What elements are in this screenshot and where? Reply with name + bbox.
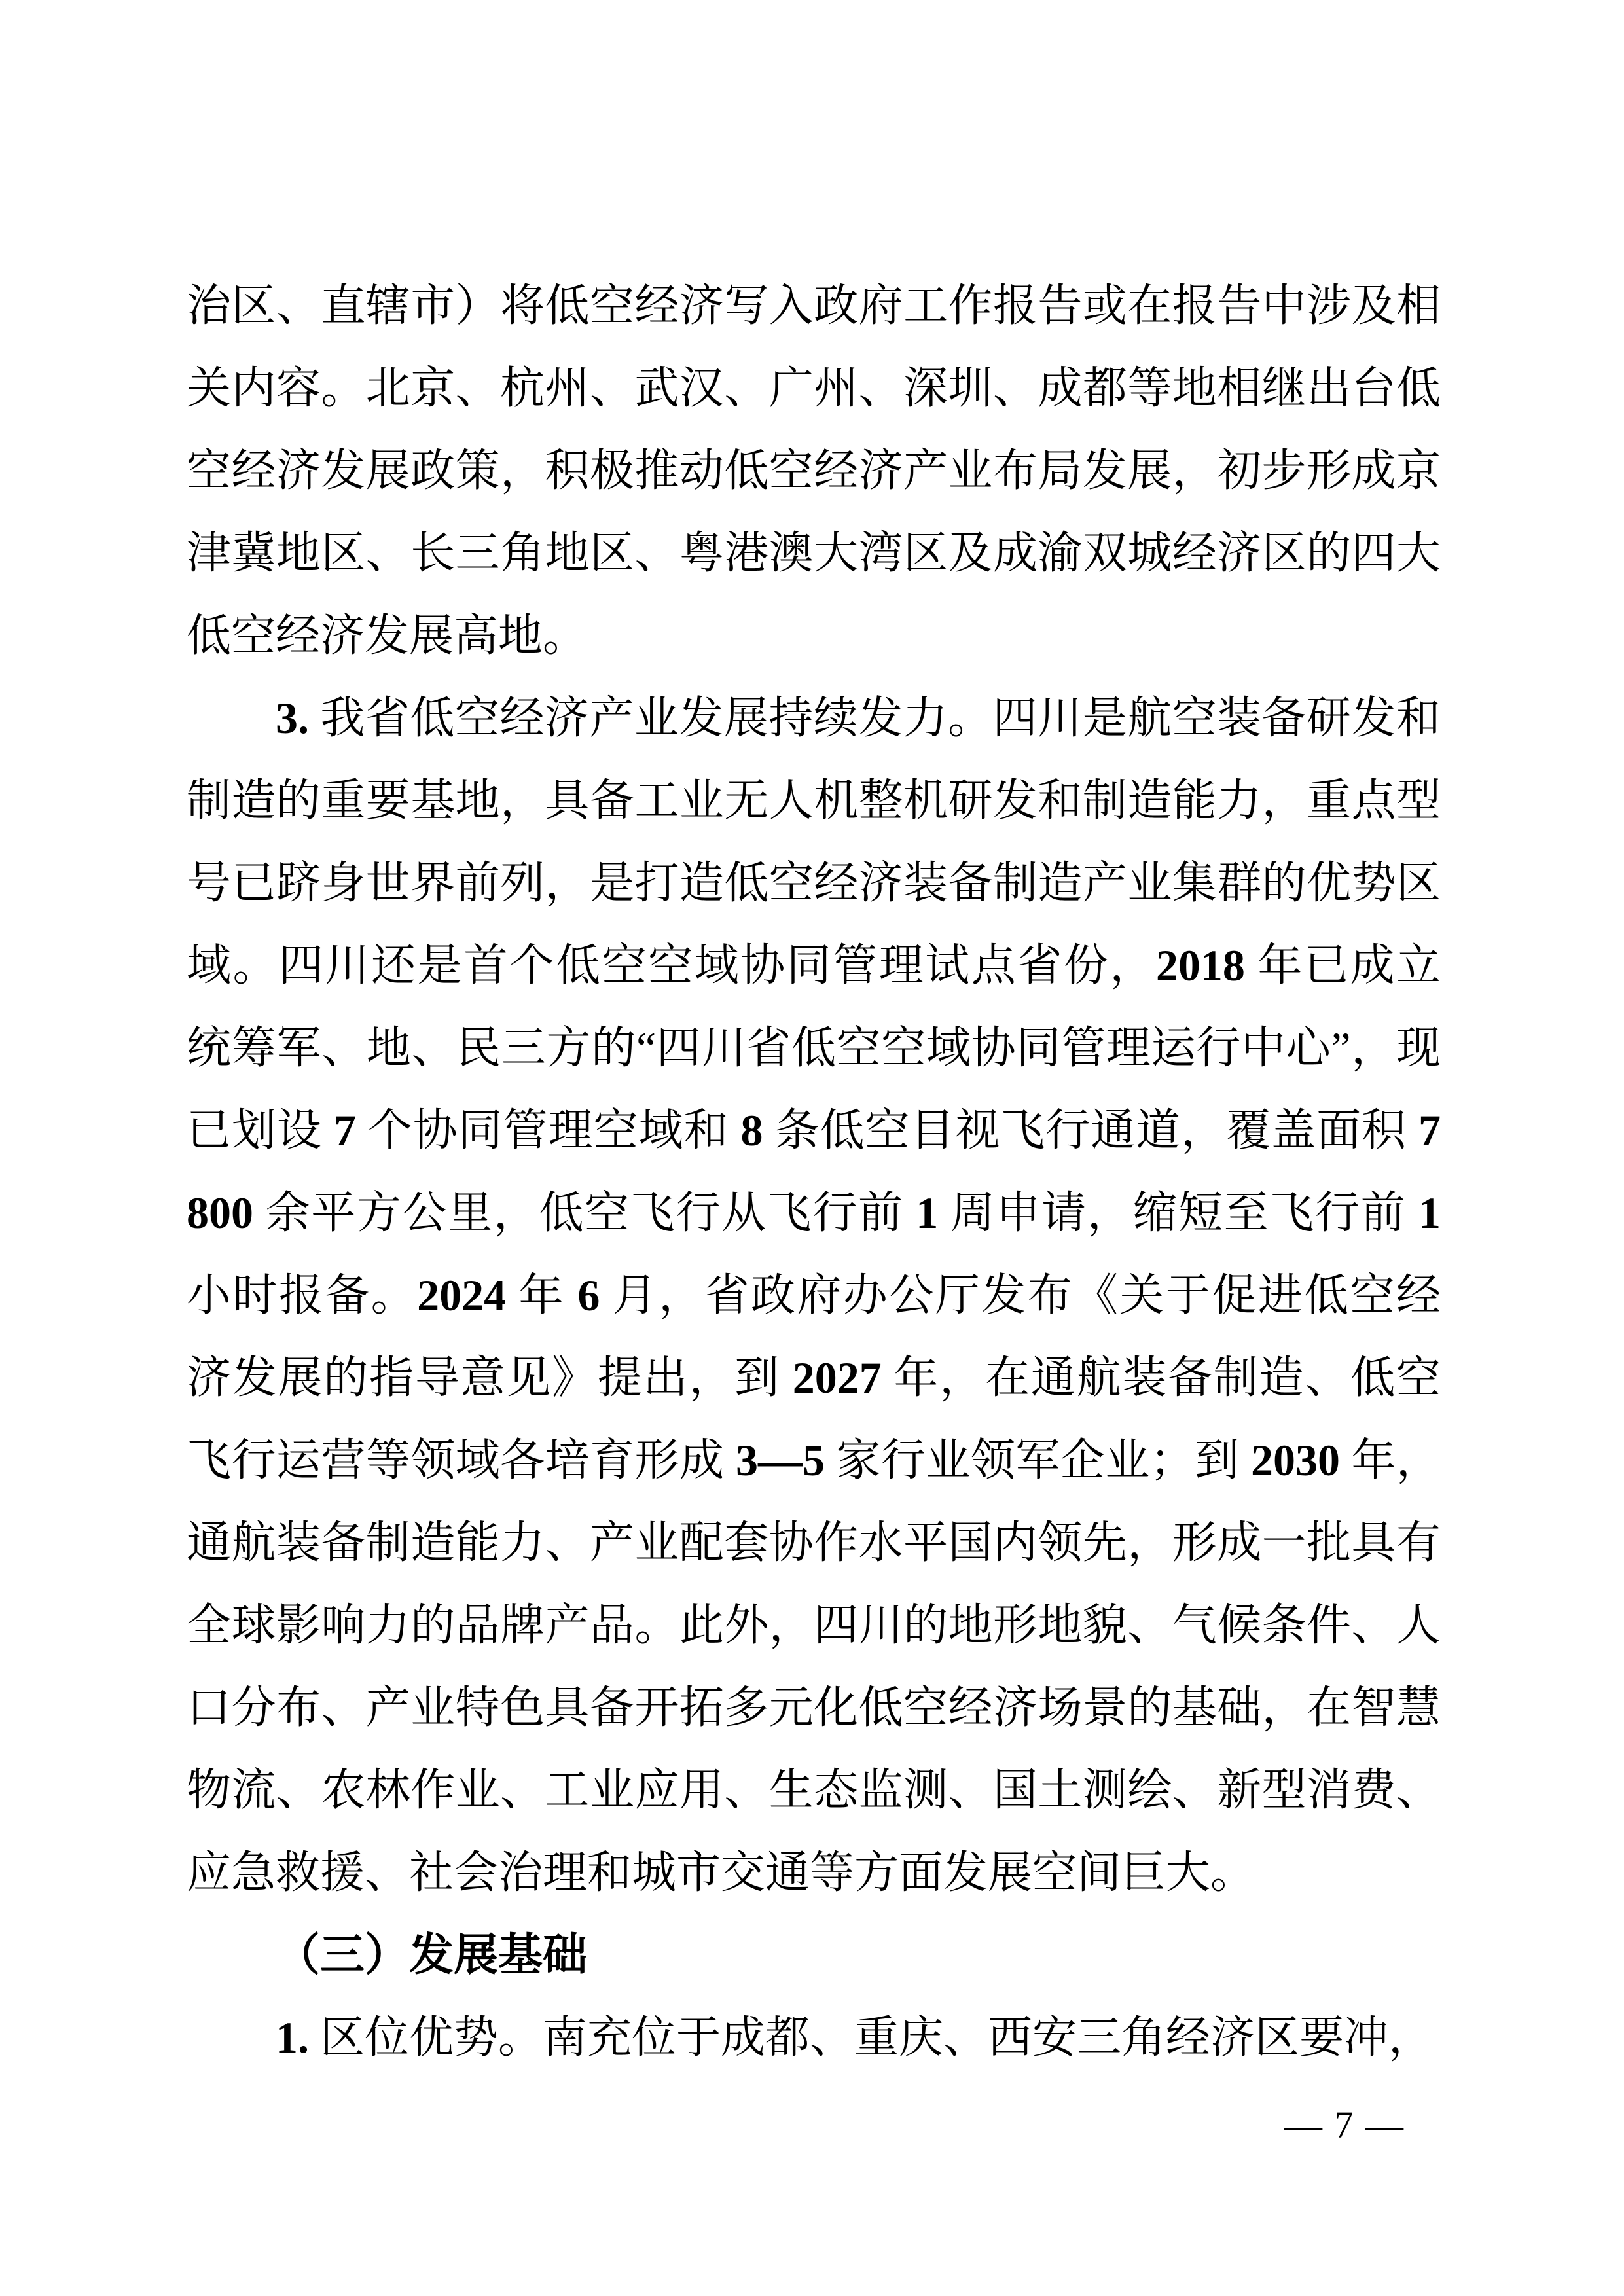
paragraph-item-3: 3. 我省低空经济产业发展持续发力。四川是航空装备研发和制造的重要基地，具备工业… [187, 677, 1441, 1914]
paragraph-item-1: 1. 区位优势。南充位于成都、重庆、西安三角经济区要冲， [187, 1996, 1441, 2079]
bold-number: 2024 [417, 1270, 506, 1320]
text-run: 小时报备。 [187, 1270, 417, 1320]
bold-number: 7 [334, 1105, 356, 1155]
bold-number: 3. [276, 693, 309, 743]
paragraph-continuation: 治区、直辖市）将低空经济写入政府工作报告或在报告中涉及相关内容。北京、杭州、武汉… [187, 264, 1441, 677]
document-body: 治区、直辖市）将低空经济写入政府工作报告或在报告中涉及相关内容。北京、杭州、武汉… [187, 264, 1441, 2079]
page-number: — 7 — [1284, 2102, 1405, 2148]
bold-number: 2018 [1156, 941, 1245, 990]
bold-number: 2027 [793, 1353, 882, 1403]
text-run: 年 [506, 1270, 577, 1320]
text-run: 年，通航装备制造能力、产业配套协作水平国内领先，形成一批具有全球影响力的品牌产品… [187, 1435, 1441, 1897]
text-run: 南充位于成都、重庆、西安三角经济区要冲， [543, 2013, 1433, 2062]
text-run: （三）发展基础 [276, 1930, 587, 1980]
heading-section-three: （三）发展基础 [187, 1914, 1441, 1996]
text-run: 周申请，缩短至飞行前 [938, 1188, 1418, 1238]
text-run: 家行业领军企业；到 [825, 1435, 1251, 1485]
bold-number: 1 [1418, 1188, 1441, 1238]
run-in-heading: 区位优势。 [309, 2013, 543, 2062]
bold-number: 6 [577, 1270, 600, 1320]
text-run: 个协同管理空域和 [356, 1105, 741, 1155]
bold-number: 1. [276, 2013, 309, 2062]
bold-number: 1 [916, 1188, 938, 1238]
document-page: 治区、直辖市）将低空经济写入政府工作报告或在报告中涉及相关内容。北京、杭州、武汉… [0, 0, 1624, 2296]
bold-number: 3—5 [736, 1435, 825, 1485]
run-in-heading: 我省低空经济产业发展持续发力。 [309, 693, 993, 743]
bold-number: 2030 [1251, 1435, 1340, 1485]
text-run: 治区、直辖市）将低空经济写入政府工作报告或在报告中涉及相关内容。北京、杭州、武汉… [187, 281, 1441, 660]
bold-number: 8 [741, 1105, 763, 1155]
text-run: 条低空目视飞行通道，覆盖面积 [763, 1105, 1418, 1155]
text-run: 余平方公里，低空飞行从飞行前 [253, 1188, 916, 1238]
